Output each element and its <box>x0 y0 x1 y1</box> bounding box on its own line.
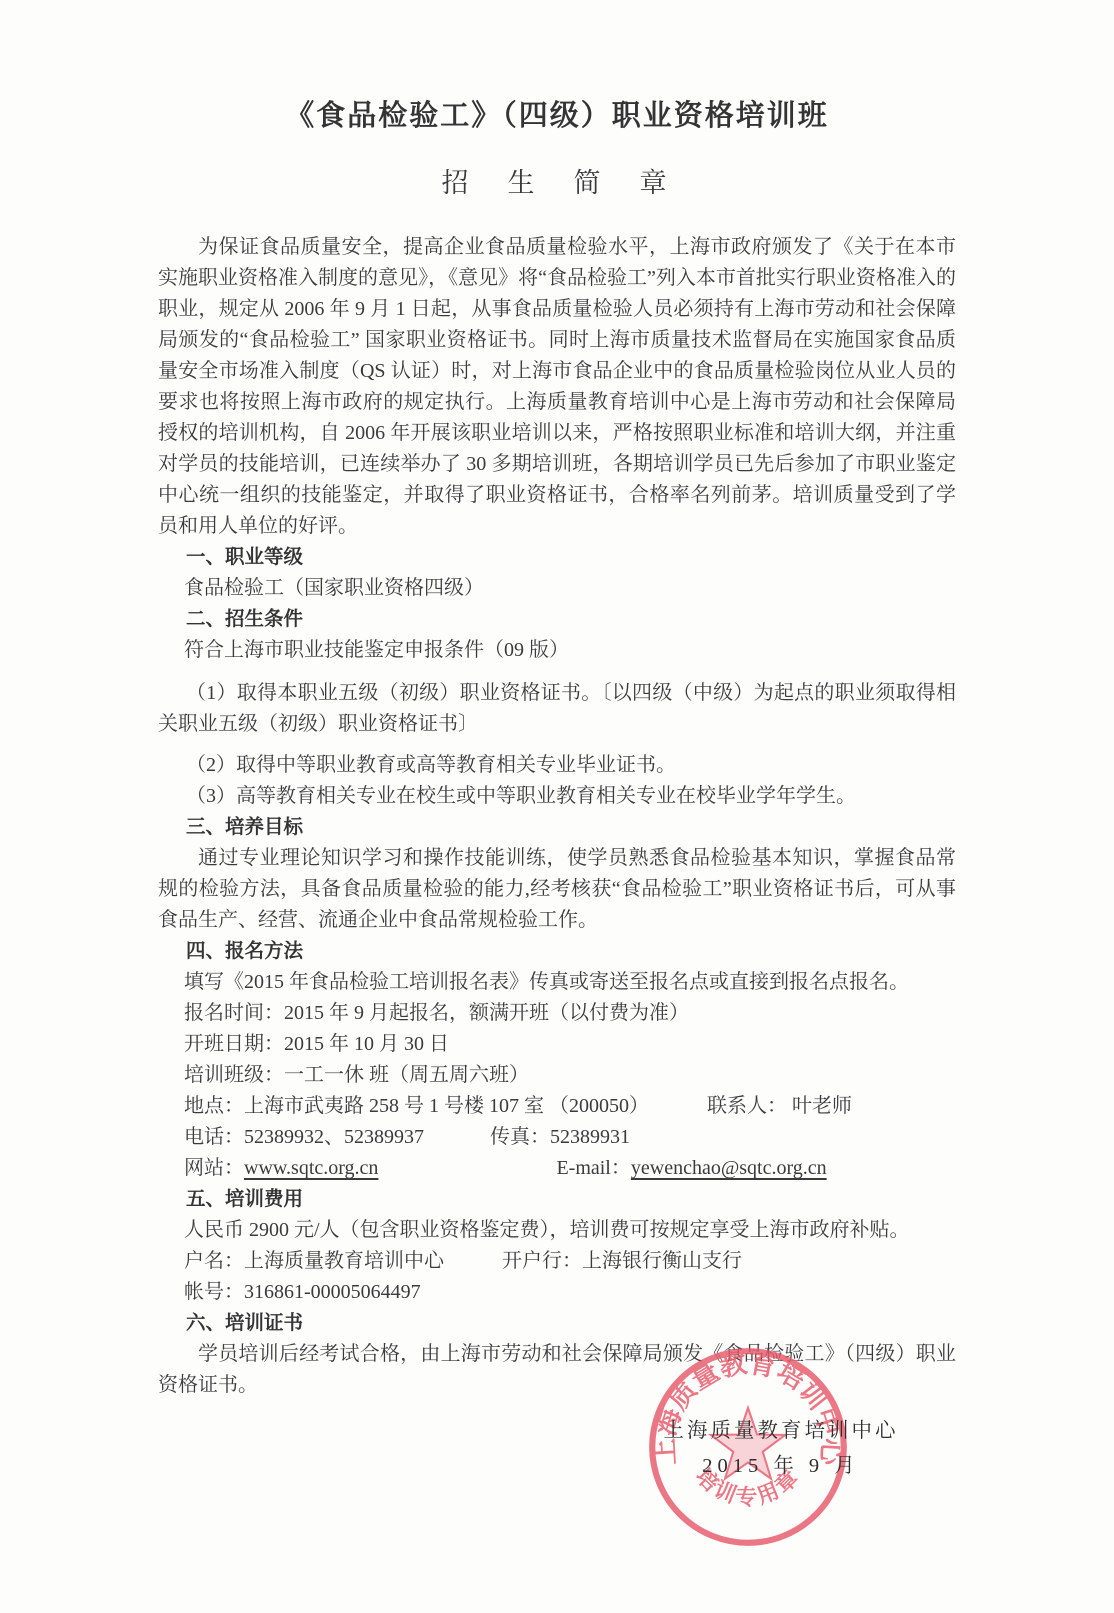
section-2-heading: 二、招生条件 <box>158 604 956 635</box>
signature-date: 2015 年 9 月 <box>650 1449 912 1484</box>
section-3-heading: 三、培养目标 <box>158 812 956 843</box>
class-schedule-line: 培训班级：一工一休 班（周五周六班） <box>158 1060 956 1091</box>
web-email-line: 网站：www.sqtc.org.cnE-mail：yewenchao@sqtc.… <box>158 1153 956 1184</box>
phone-label: 电话： <box>184 1126 244 1148</box>
fax-label: 传真： <box>490 1126 550 1148</box>
document-body: 《食品检验工》（四级）职业资格培训班 招 生 简 章 为保证食品质量安全，提高企… <box>158 96 956 1401</box>
section-5-heading: 五、培训费用 <box>158 1184 956 1215</box>
fee-line: 人民币 2900 元/人（包含职业资格鉴定费），培训费可按规定享受上海市政府补贴… <box>158 1215 956 1246</box>
condition-item-2: （2）取得中等职业教育或高等教育相关专业毕业证书。 <box>158 750 956 781</box>
fax-number: 52389931 <box>550 1126 630 1148</box>
phone-fax-line: 电话：52389932、52389937传真：52389931 <box>158 1122 956 1153</box>
signature-organization: 上海质量教育培训中心 <box>650 1414 912 1449</box>
scanned-document-page: 《食品检验工》（四级）职业资格培训班 招 生 简 章 为保证食品质量安全，提高企… <box>0 0 1114 1613</box>
bank-name: 开户行：上海银行衡山支行 <box>502 1250 742 1272</box>
section-6-heading: 六、培训证书 <box>158 1308 956 1339</box>
start-date-line: 开班日期：2015 年 10 月 30 日 <box>158 1029 956 1060</box>
condition-item-3: （3）高等教育相关专业在校生或中等职业教育相关专业在校毕业学年学生。 <box>158 781 956 812</box>
section-2-line: 符合上海市职业技能鉴定申报条件（09 版） <box>158 635 956 666</box>
account-number-line: 帐号：316861-00005064497 <box>158 1277 956 1308</box>
website-label: 网站： <box>184 1157 244 1179</box>
document-subtitle: 招 生 简 章 <box>158 164 956 202</box>
document-title: 《食品检验工》（四级）职业资格培训班 <box>158 96 956 136</box>
account-name: 户名：上海质量教育培训中心 <box>184 1250 444 1272</box>
condition-item-1: （1）取得本职业五级（初级）职业资格证书。〔以四级（中级）为起点的职业须取得相关… <box>158 678 956 740</box>
section-3-body: 通过专业理论知识学习和操作技能训练，使学员熟悉食品检验基本知识，掌握食品常规的检… <box>158 843 956 936</box>
contact-person: 联系人： 叶老师 <box>707 1095 852 1117</box>
registration-form-line: 填写《2015 年食品检验工培训报名表》传真或寄送至报名点或直接到报名点报名。 <box>158 967 956 998</box>
address-line: 地点：上海市武夷路 258 号 1 号楼 107 室 （200050）联系人： … <box>158 1091 956 1122</box>
bank-account-line: 户名：上海质量教育培训中心开户行：上海银行衡山支行 <box>158 1246 956 1277</box>
address-text: 地点：上海市武夷路 258 号 1 号楼 107 室 （200050） <box>184 1095 649 1117</box>
email-address: yewenchao@sqtc.org.cn <box>631 1157 827 1179</box>
email-label: E-mail： <box>556 1157 630 1179</box>
intro-paragraph: 为保证食品质量安全，提高企业食品质量检验水平，上海市政府颁发了《关于在本市实施职… <box>158 232 956 542</box>
website-url: www.sqtc.org.cn <box>244 1157 378 1179</box>
signature-block: 上海质量教育培训中心 2015 年 9 月 <box>650 1414 912 1484</box>
registration-time-line: 报名时间：2015 年 9 月起报名，额满开班（以付费为准） <box>158 998 956 1029</box>
section-4-heading: 四、报名方法 <box>158 936 956 967</box>
section-1-heading: 一、职业等级 <box>158 542 956 573</box>
phone-numbers: 52389932、52389937 <box>244 1126 424 1148</box>
section-1-line: 食品检验工（国家职业资格四级） <box>158 573 956 604</box>
